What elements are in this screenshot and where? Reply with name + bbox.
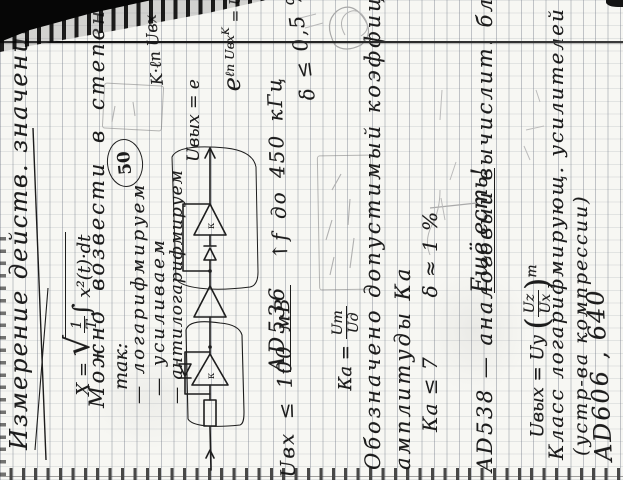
scan-line-artifact	[0, 41, 623, 43]
method-step: — логарифмируем	[130, 182, 149, 404]
diode-icon	[204, 246, 216, 260]
bottom-ruled-ticks	[0, 468, 623, 480]
class-line-1: Класс логарифмирующ. усилителей	[546, 7, 567, 460]
ad538-line: AD538 — аналоговый вычислит. блок	[474, 0, 496, 472]
opamp-mark: κ	[206, 372, 217, 379]
exp-formula-2: eℓn UвхK = UвхK	[204, 0, 261, 120]
scanned-notebook-page: Измерение действ. значений 50 X = √1T∫ x…	[0, 0, 623, 480]
junction-dot	[208, 269, 212, 273]
limit-line-2: амплитуды Ка	[392, 266, 414, 470]
pencil-box-small	[102, 82, 164, 131]
page-title: Измерение действ. значений	[7, 18, 32, 450]
opamp-icon	[194, 204, 226, 235]
handwriting-surface: Измерение действ. значений 50 X = √1T∫ x…	[0, 0, 623, 480]
opamp-icon	[192, 354, 228, 385]
pencil-scribble	[524, 90, 544, 160]
exp-formula-1-base: Uвых = e	[186, 79, 204, 162]
feedback-loop	[183, 204, 210, 271]
opamp-mark: κ	[206, 222, 217, 229]
input-wire	[210, 427, 211, 470]
left-edge-ticks	[0, 228, 6, 480]
limit-values: Ка ≤ 7 δ ≈ 1 %	[420, 211, 441, 432]
resistor-icon	[204, 400, 216, 426]
opamp-icon	[194, 286, 226, 317]
title-underline	[33, 128, 46, 460]
crest-fraction: UmUд	[331, 306, 361, 339]
exp2-sup: ℓn UвхK	[222, 27, 237, 77]
page-number: 50	[114, 150, 136, 176]
freehand-outline	[172, 147, 258, 289]
limit-line-1: Обозначено допустимый коэффициент	[362, 0, 384, 470]
bottom-edge-line	[0, 476, 623, 477]
method-line-1: Можно возвести в степень	[86, 0, 108, 408]
